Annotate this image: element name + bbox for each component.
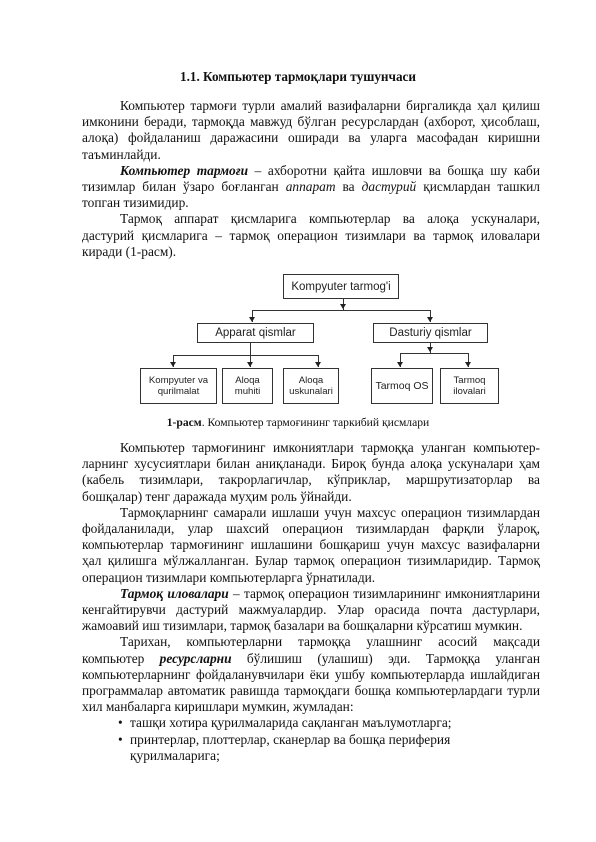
connector-line: [430, 310, 431, 322]
document-page: 1.1. Компьютер тармоқлари тушунчаси Комп…: [0, 0, 596, 842]
section-title: 1.1. Компьютер тармоқлари тушунчаси: [0, 69, 596, 85]
connector-line: [430, 343, 431, 353]
connector-line: [343, 299, 344, 310]
figure-caption: 1-расм. Компьютер тармоғининг таркибий қ…: [0, 416, 596, 429]
arrow-down-icon: [465, 362, 471, 367]
arrow-down-icon: [397, 362, 403, 367]
connector-line: [318, 355, 319, 367]
diagram-root-box: Kompyuter tarmog'i: [283, 274, 399, 299]
term-computer-network: Компьютер тармоғи: [120, 163, 248, 178]
list-item: •ташқи хотира қурилмаларида сақланган ма…: [82, 715, 540, 731]
diagram-leaf-network-apps: Tarmoq ilovalari: [440, 368, 499, 404]
arrow-down-icon: [340, 304, 346, 309]
term-hardware: аппарат: [286, 179, 336, 194]
paragraph-1: Компьютер тармоғи турли амалий вазифалар…: [82, 98, 540, 163]
paragraph-2: Компьютер тармоғи – ахборотни қайта ишло…: [82, 163, 540, 212]
paragraph-3: Тармоқ аппарат қисмларига компьютерлар в…: [82, 211, 540, 260]
diagram-leaf-network-os: Tarmoq OS: [371, 368, 433, 404]
connector-line: [173, 355, 318, 356]
term-network-apps: Тармоқ иловалари: [120, 586, 229, 601]
figure-caption-text: . Компьютер тармоғининг таркибий қисмлар…: [202, 416, 430, 429]
paragraph-6: Тармоқ иловалари – тармоқ операцион тизи…: [82, 586, 540, 635]
resource-list: •ташқи хотира қурилмаларида сақланган ма…: [82, 715, 540, 764]
diagram-leaf-computers: Kompyuter va qurilmalat: [140, 368, 217, 404]
connector-line: [173, 355, 174, 367]
diagram-branch-hardware: Apparat qismlar: [197, 323, 314, 343]
arrow-down-icon: [315, 362, 321, 367]
connector-line: [400, 353, 401, 367]
arrow-down-icon: [427, 317, 433, 322]
diagram-leaf-equipment: Aloqa uskunalari: [283, 368, 339, 404]
paragraph-5: Тармоқларнинг самарали ишлаши учун махсу…: [82, 505, 540, 586]
bullet-dot-icon: •: [118, 732, 123, 748]
connector-line: [250, 343, 251, 367]
arrow-down-icon: [427, 347, 433, 352]
connector-line: [400, 353, 468, 354]
bullet-dot-icon: •: [118, 715, 123, 731]
figure-caption-label: 1-расм: [167, 416, 202, 429]
diagram-branch-software: Dasturiy qismlar: [373, 323, 488, 343]
body-text: Компьютер тармоғининг имкониятлари тармо…: [82, 440, 540, 764]
connector-line: [252, 310, 253, 322]
list-item: •принтерлар, плоттерлар, сканерлар ва бо…: [82, 732, 500, 764]
connector-line: [252, 310, 430, 311]
arrow-down-icon: [249, 317, 255, 322]
diagram-leaf-media: Aloqa muhiti: [222, 368, 273, 404]
arrow-down-icon: [247, 362, 253, 367]
connector-line: [468, 353, 469, 367]
term-software: дастурий: [362, 179, 417, 194]
paragraph-4: Компьютер тармоғининг имкониятлари тармо…: [82, 440, 540, 505]
term-resources: ресурсларни: [160, 651, 232, 666]
paragraph-2-text-b: ва: [336, 179, 362, 194]
intro-text: Компьютер тармоғи турли амалий вазифалар…: [82, 98, 540, 260]
arrow-down-icon: [170, 362, 176, 367]
list-item-text: ташқи хотира қурилмаларида сақланган маъ…: [130, 715, 452, 730]
list-item-text: принтерлар, плоттерлар, сканерлар ва бош…: [130, 732, 450, 763]
paragraph-7: Тарихан, компьютерларни тармоққа улашнин…: [82, 634, 540, 715]
